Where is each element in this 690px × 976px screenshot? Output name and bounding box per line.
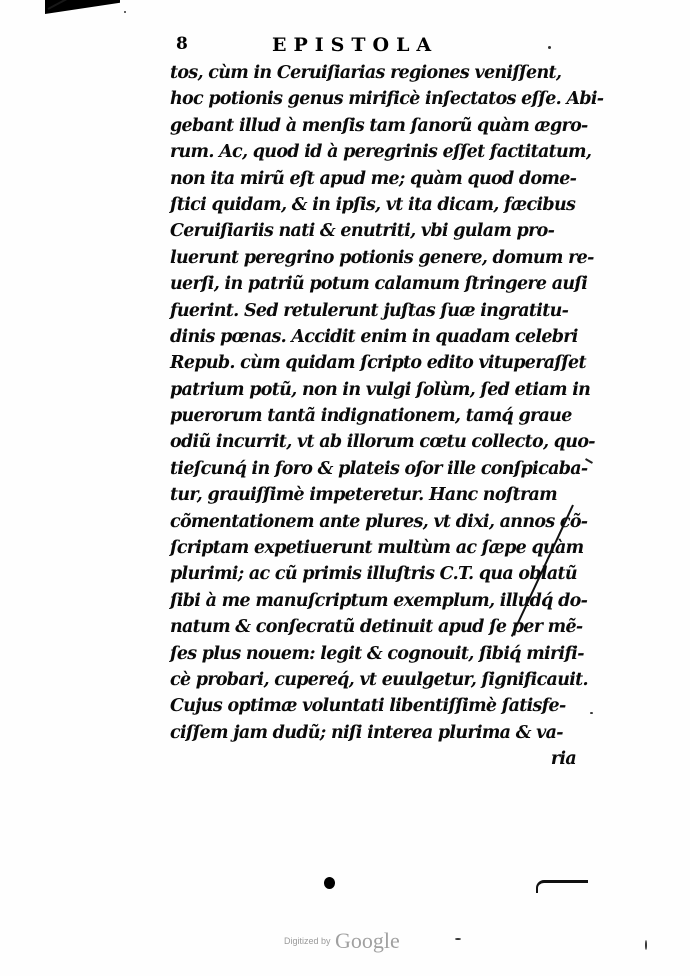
watermark-prefix: Digitized by xyxy=(284,936,331,946)
text-line: cõmentationem ante plures, vt dixi, anno… xyxy=(170,509,590,535)
text-line: non ita mirũ eſt apud me; quàm quod dome… xyxy=(170,166,590,192)
text-line: tieſcunq́ in foro & plateis oſor ille co… xyxy=(170,456,590,482)
book-page-scan: 8 EPISTOLA tos, cùm in Ceruiſiarias regi… xyxy=(0,0,690,976)
text-line: fuerint. Sed retulerunt juſtas ſuæ ingra… xyxy=(170,298,590,324)
text-line: natum & conſecratũ detinuit apud ſe per … xyxy=(170,614,590,640)
text-line: hoc potionis genus mirificè inſectatos e… xyxy=(170,86,590,112)
signature-mark xyxy=(536,880,588,893)
text-line: rum. Ac, quod id à peregrinis eſſet fact… xyxy=(170,139,590,165)
text-line: Cujus optimæ voluntati libentiſſimè ſati… xyxy=(170,693,590,719)
text-line: cè probari, cupereq́, vt euulgetur, ſign… xyxy=(170,667,590,693)
digitized-watermark: Digitized by Google xyxy=(284,928,400,954)
text-line: Ceruiſiariis nati & enutriti, vbi gulam … xyxy=(170,218,590,244)
catchword: ria xyxy=(170,746,590,772)
text-line: patrium potũ, non in vulgi ſolùm, ſed et… xyxy=(170,377,590,403)
text-line: luerunt peregrino potionis genere, domum… xyxy=(170,245,590,271)
text-line: dinis pœnas. Accidit enim in quadam cele… xyxy=(170,324,590,350)
text-line: odiũ incurrit, vt ab illorum cœtu collec… xyxy=(170,429,590,455)
text-line: ciſſem jam dudũ; niſi interea plurima & … xyxy=(170,720,590,746)
text-line: ſtici quidam, & in ipſis, vt ita dicam, … xyxy=(170,192,590,218)
running-head: 8 EPISTOLA xyxy=(172,34,592,62)
text-line: ſes plus nouem: legit & cognouit, ſibiq́… xyxy=(170,641,590,667)
page-number: 8 xyxy=(176,34,188,54)
running-title: EPISTOLA xyxy=(272,34,438,56)
body-text: tos, cùm in Ceruiſiarias regiones veniſſ… xyxy=(170,60,590,773)
speck xyxy=(124,11,126,13)
speck xyxy=(590,712,593,714)
speck xyxy=(645,940,647,950)
speck xyxy=(548,46,551,49)
text-line: plurimi; ac cũ primis illuſtris C.T. qua… xyxy=(170,561,590,587)
text-line: gebant illud à menſis tam ſanorũ quàm æg… xyxy=(170,113,590,139)
text-line: uerſi, in patriũ potum calamum ſtringere… xyxy=(170,271,590,297)
text-line: tur, grauiſſimè impeteretur. Hanc noſtra… xyxy=(170,482,590,508)
speck xyxy=(455,938,461,940)
text-line: puerorum tantã indignationem, tamq́ grau… xyxy=(170,403,590,429)
text-line: Repub. cùm quidam ſcripto edito vitupera… xyxy=(170,350,590,376)
text-line: ſcriptam expetiuerunt multùm ac ſæpe quà… xyxy=(170,535,590,561)
ink-dot xyxy=(324,877,335,889)
text-line: tos, cùm in Ceruiſiarias regiones veniſſ… xyxy=(170,60,590,86)
google-logo: Google xyxy=(335,928,400,953)
